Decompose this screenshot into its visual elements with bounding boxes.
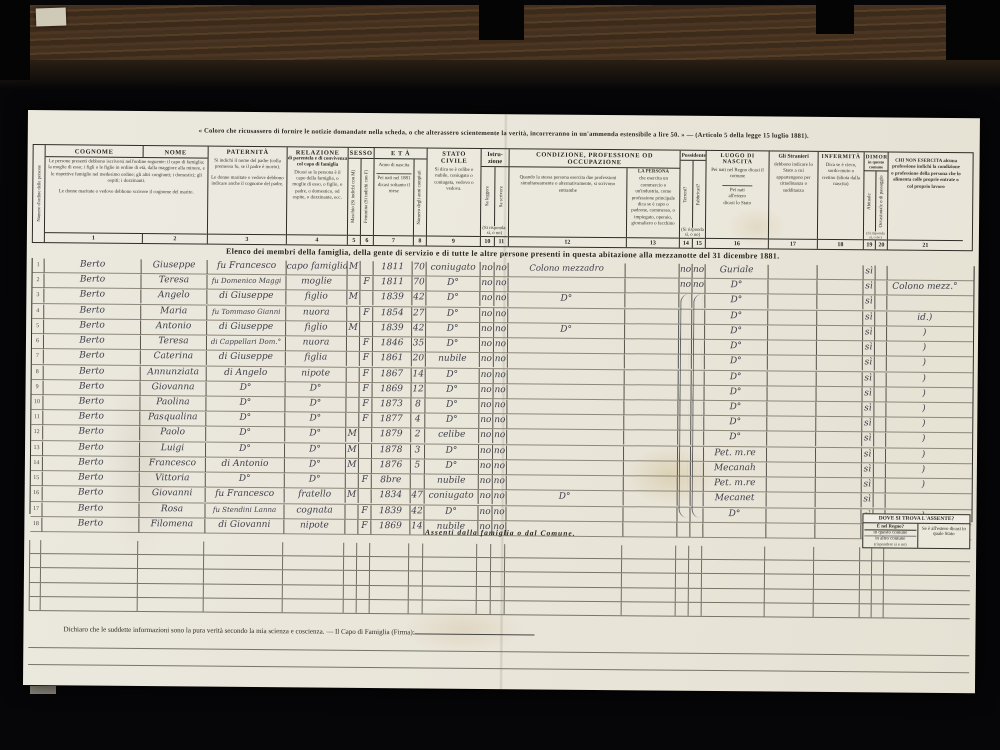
row-number: 1 [33,258,44,272]
corner-label-sticker [36,7,67,26]
blank-cell [356,585,369,598]
blank-cell [476,586,490,599]
cell-la_persona [624,279,678,293]
blank-cell [764,575,813,589]
blank-cell [688,588,701,601]
cell-dimora_abituale: sì [862,326,874,340]
blank-cell [369,600,408,614]
cell-paternita: di Cappellari Dom.° [206,336,285,350]
col-dimora-header: DIMORA in questo comune Abituale Occasio… [863,152,888,249]
cell-sesso_f [359,322,372,336]
blank-cell [813,547,859,561]
cell-stato_civile: nubile [425,353,479,367]
blank-cell [203,542,282,556]
cell-stato_civile: D° [425,323,479,337]
cell-relazione: nuora [285,306,346,320]
cell-cognome: Berto [43,365,140,379]
cell-anno_nascita: 1873 [371,398,410,412]
cell-fabbricati [690,492,703,506]
blank-cell [764,561,813,575]
cell-cognome: Berto [43,319,140,333]
cell-la_persona [624,385,678,399]
blank-cell [871,604,883,617]
row-number: 6 [32,334,43,348]
blank-cell [476,601,490,614]
cell-nome: Teresa [140,274,206,288]
cell-dimora_occasionale [874,326,886,340]
col-relazione-header: RELAZIONE di parentela e di convivenza c… [286,147,348,245]
cell-chi_alimenta: ) [885,479,961,493]
cell-stranieri [766,493,815,507]
cell-cognome: Berto [44,258,141,272]
blank-cell [203,556,282,570]
cell-la_persona [623,400,677,414]
blank-cell [476,558,490,571]
cell-infermita [816,326,862,340]
cell-paternita: di Giuseppe [206,321,285,335]
blank-cell [813,561,859,575]
cell-fabbricati [691,325,704,339]
cell-anno_nascita: 1839 [370,505,409,519]
corner-fragment [30,686,56,694]
cell-sa_scrivere: no [492,445,506,459]
blank-cell [621,602,675,616]
cell-paternita: fu Tommaso Gianni [206,305,285,319]
blank-cell [29,540,40,553]
cell-stranieri [766,478,815,492]
cell-infermita [816,387,862,401]
cell-stranieri [765,508,814,522]
cell-luogo_nascita: D° [704,355,767,369]
col-eta-header: E T À Anno di nascitaPei nati nel 1881 d… [373,148,427,245]
cell-condizione [507,384,624,398]
cell-sa_leggere: no [478,414,492,428]
cell-dimora_abituale: sì [862,341,874,355]
cell-relazione: D° [284,443,345,457]
cell-anno_nascita: 1869 [372,383,411,397]
blank-cell [675,574,688,587]
cell-luogo_nascita: D° [703,401,766,415]
cell-terreni [677,492,690,506]
cell-sesso_f [358,444,371,458]
cell-fabbricati [691,294,704,308]
blank-cell [40,568,137,582]
cell-dimora_abituale: sì [861,494,873,508]
cell-paternita: D° [205,427,284,441]
cell-anni_compiuti: 47 [410,490,424,504]
cell-chi_alimenta [886,296,962,310]
cell-dimora_occasionale [874,387,886,401]
cell-luogo_nascita: Mecanah [703,462,766,476]
cell-anno_nascita: 1839 [372,322,411,336]
cell-dimora_abituale: sì [862,387,874,401]
cell-stato_civile: coniugato [424,490,478,504]
cell-dimora_occasionale [873,402,885,416]
cell-condizione [507,278,624,292]
cell-chi_alimenta: ) [885,403,961,417]
blank-cell [137,555,203,569]
cell-dimora_abituale: sì [862,311,874,325]
absentee-location-box: DOVE SI TROVA L'ASSENTE? È nel Regno? in… [862,513,970,549]
cell-sesso_f: F [359,367,372,381]
blank-cell [29,583,40,596]
cell-sesso_m: M [345,443,358,457]
cell-sa_leggere: no [479,353,493,367]
blank-cell [490,544,504,557]
cell-dimora_occasionale [873,448,885,462]
blank-cell [688,574,701,587]
cell-dimora_occasionale [874,311,886,325]
cell-condizione [505,506,622,520]
blank-cell [203,570,282,584]
cell-fabbricati [690,462,703,476]
cell-luogo_nascita: Pet. m.re [703,447,766,461]
row-number: 7 [32,349,43,363]
cell-anni_compiuti [410,474,424,488]
cell-chi_alimenta: ) [885,464,961,478]
cell-relazione: figlio [285,321,346,335]
cell-relazione: figlia [285,352,346,366]
blank-cell [859,590,871,603]
cell-relazione: fratello [284,489,345,503]
cell-la_persona [624,294,678,308]
cell-dimora_occasionale [874,372,886,386]
cell-chi_alimenta [885,494,961,508]
cell-stranieri [768,265,817,279]
blank-cell [764,603,813,617]
cell-infermita [816,341,862,355]
cell-terreni [677,462,690,476]
cell-terreni [678,355,691,369]
cell-sesso_m [345,398,358,412]
cell-stranieri [766,432,815,446]
cell-sesso_f [358,489,371,503]
cell-sa_leggere: no [479,308,493,322]
cell-sa_scrivere: no [493,293,507,307]
blank-cell [422,543,476,557]
col-chi-non-esercita-header: CHI NON ESERCITA alcuna professione indi… [887,153,964,251]
cell-anno_nascita: 1834 [371,489,410,503]
cell-sa_scrivere: no [492,414,506,428]
blank-cell [356,600,369,613]
cell-relazione: capo famiglia [286,260,347,274]
cell-luogo_nascita: D° [704,295,767,309]
cell-luogo_nascita: D° [704,371,767,385]
cell-chi_alimenta: Colono mezz.° [886,281,962,295]
cell-anni_compiuti: 14 [411,368,425,382]
cell-sesso_m [345,413,358,427]
cell-nome: Caterina [140,351,206,365]
cell-nome: Giuseppe [141,259,207,273]
cell-nome: Luigi [139,442,205,456]
cell-cognome: Berto [42,395,139,409]
cell-relazione: D° [284,474,345,488]
cell-dimora_abituale: sì [862,281,874,295]
cell-dimora_occasionale [873,494,885,508]
cell-paternita: D° [205,397,284,411]
cell-stato_civile: D° [424,399,478,413]
blank-cell [871,590,883,603]
cell-terreni [677,446,690,460]
col-cognome-title: COGNOME [46,145,143,157]
cell-nome: Giovanna [140,381,206,395]
cell-sa_scrivere: no [492,460,506,474]
cell-sesso_m [346,352,359,366]
cell-luogo_nascita: Mecanet [703,492,766,506]
cell-anno_nascita: 1846 [372,337,411,351]
cell-stato_civile: D° [425,277,479,291]
cell-luogo_nascita: D° [704,386,767,400]
cell-paternita: fu Stendini Lanna [205,503,284,517]
photo-backdrop: « Coloro che ricusassero di fornire le n… [0,0,1000,750]
cell-sa_leggere: no [478,490,492,504]
cell-sa_leggere: no [478,399,492,413]
cell-terreni [678,294,691,308]
row-number: 15 [31,471,42,485]
cell-anno_nascita: 1854 [372,307,411,321]
blank-cell [621,574,675,588]
cell-nome: Angelo [140,290,206,304]
cell-nome: Rosa [139,503,205,517]
blank-cell [203,584,282,598]
cell-sa_scrivere: no [492,399,506,413]
cell-dimora_abituale: sì [861,402,873,416]
blank-cell [476,572,490,585]
cell-sesso_m [346,337,359,351]
cell-dimora_abituale: sì [861,463,873,477]
cell-chi_alimenta: ) [886,388,962,402]
blank-cell [356,571,369,584]
blank-cell [282,585,343,599]
cell-sesso_m [346,306,359,320]
cell-nome: Maria [140,305,206,319]
cell-fabbricati: no [692,264,705,278]
cell-sa_scrivere: no [493,369,507,383]
cell-anno_nascita: 1877 [371,413,410,427]
cell-la_persona [625,263,679,277]
signature-blank [415,625,535,635]
cell-cognome: Berto [42,502,139,516]
cell-sesso_m: M [346,322,359,336]
cell-paternita: di Giuseppe [206,351,285,365]
cell-chi_alimenta: id.) [886,311,962,325]
cell-anni_compiuti: 42 [409,505,423,519]
blank-cell [688,560,701,573]
row-number: 10 [31,395,42,409]
cell-sa_leggere: no [479,338,493,352]
cell-sesso_f: F [359,307,372,321]
cell-sesso_f: F [359,337,372,351]
cell-condizione: D° [507,293,624,307]
row-number: 8 [32,365,43,379]
cell-sesso_f [358,459,371,473]
blank-cell [203,598,282,612]
cell-dimora_abituale: sì [862,372,874,386]
cell-condizione [507,308,624,322]
cell-terreni [677,431,690,445]
blank-cell [408,543,422,556]
cell-cognome: Berto [43,274,140,288]
cell-sesso_f: F [358,413,371,427]
cell-dimora_abituale: sì [862,296,874,310]
cell-sa_leggere: no [479,277,493,291]
row-number: 5 [32,319,43,333]
cell-stato_civile: D° [423,505,477,519]
cell-infermita [816,295,862,309]
col-numero-label: Numero d'ordine delle persone [36,165,42,222]
blank-cell [504,601,621,615]
blank-cell [343,600,356,613]
cell-sesso_m: M [347,261,360,275]
blank-cell [675,602,688,615]
cell-sesso_m: M [345,428,358,442]
blank-cell [504,573,621,587]
blank-cell [422,572,476,586]
cell-sa_leggere: no [478,460,492,474]
cell-fabbricati [691,340,704,354]
cell-sa_leggere: no [480,262,494,276]
cell-sa_scrivere: no [494,262,508,276]
cell-dimora_occasionale [873,478,885,492]
cell-luogo_nascita: Pet. m.re [703,477,766,491]
cell-anno_nascita: 1867 [372,368,411,382]
cell-stato_civile: coniugato [426,262,480,276]
cell-nome: Teresa [140,335,206,349]
blank-cell [369,543,408,557]
row-number: 3 [32,288,43,302]
cell-stato_civile: D° [424,414,478,428]
cell-dimora_occasionale [874,281,886,295]
cell-condizione [506,445,623,459]
blank-cell [29,568,40,581]
blank-cell [29,554,40,567]
cell-fabbricati [690,446,703,460]
cell-sa_scrivere: no [493,353,507,367]
blank-cell [688,603,701,616]
cell-anni_compiuti: 70 [411,277,425,291]
cell-stato_civile: D° [424,460,478,474]
cell-sa_leggere: no [478,445,492,459]
blank-cell [40,540,137,554]
cell-paternita: D° [206,382,285,396]
blank-cell [343,543,356,556]
cell-stranieri [767,326,816,340]
cell-infermita [815,478,861,492]
cell-paternita: di Angelo [206,366,285,380]
blank-cell [504,587,621,601]
row-number: 11 [31,410,42,424]
row-number: 12 [31,425,42,439]
cell-stato_civile: nubile [424,475,478,489]
cell-terreni [677,416,690,430]
cell-anno_nascita: 1839 [372,292,411,306]
blank-cell [422,586,476,600]
cell-stato_civile: D° [424,444,478,458]
cell-anno_nascita: 1811 [373,261,412,275]
row-number: 13 [31,441,42,455]
cell-dimora_occasionale [875,265,887,279]
cell-chi_alimenta: ) [885,433,961,447]
cell-luogo_nascita: D° [704,279,767,293]
row-number: 14 [31,456,42,470]
cell-stranieri [767,341,816,355]
cell-paternita: D° [205,473,284,487]
cell-anni_compiuti: 4 [410,414,424,428]
cell-sesso_f: F [359,276,372,290]
cell-terreni: no [678,279,691,293]
cell-anno_nascita: 1878 [371,444,410,458]
dark-patch [816,0,854,34]
blank-cell [871,547,883,560]
cell-fabbricati [690,477,703,491]
blank-cell [476,544,490,557]
cell-sesso_f: F [358,398,371,412]
blank-cell [343,557,356,570]
cell-sesso_m [345,474,358,488]
blank-cell [621,559,675,573]
table-body: 1BertoGiuseppefu Francescocapo famigliaM… [29,258,974,522]
cell-nome: Francesco [139,457,205,471]
cell-luogo_nascita: D° [703,416,766,430]
col-luogo-nascita-header: LUOGO DI NASCITA Pei nati nel Regno dica… [705,151,769,249]
cell-chi_alimenta: ) [886,357,962,371]
col-istruzione-header: Istru-zione Sa leggere Sa scrivere (Si r… [480,149,509,246]
blank-cell [490,587,504,600]
cell-stranieri [766,402,815,416]
blank-cell [883,590,959,604]
blank-cell [356,557,369,570]
cell-infermita [816,280,862,294]
cell-sesso_f [360,261,373,275]
cell-la_persona [623,431,677,445]
blank-cell [883,547,959,561]
blank-cell [859,604,871,617]
cell-stato_civile: D° [425,368,479,382]
cell-luogo_nascita: Guriale [705,264,768,278]
cell-sesso_f: F [359,352,372,366]
row-number: 2 [32,273,43,287]
cell-condizione [506,400,623,414]
blank-cell [137,584,203,598]
blank-cell [408,572,422,585]
cell-sa_leggere: no [478,475,492,489]
cell-relazione: nipote [285,367,346,381]
blank-cell [701,546,764,560]
cell-chi_alimenta: ) [885,448,961,462]
cell-sesso_f: F [357,504,370,518]
blank-cell [356,543,369,556]
cell-infermita [815,402,861,416]
dark-patch [946,0,1000,60]
cell-dimora_occasionale [874,342,886,356]
cell-dimora_abituale: sì [862,357,874,371]
cell-cognome: Berto [42,456,139,470]
blank-cell [859,547,871,560]
col-infermita-header: INFERMITÀ Dica se è cieco, sordo-muto o … [817,152,864,249]
blank-cell [701,574,764,588]
cell-infermita [815,463,861,477]
blank-cell [40,554,137,568]
cell-stato_civile: D° [425,338,479,352]
blank-cell [859,561,871,574]
cell-terreni [678,340,691,354]
cell-paternita: D° [205,412,284,426]
cell-chi_alimenta [887,266,963,280]
cell-sa_leggere: no [479,323,493,337]
cell-chi_alimenta: ) [886,342,962,356]
names-note: Le persone presenti debbono iscriversi n… [45,157,208,233]
cell-terreni [677,401,690,415]
